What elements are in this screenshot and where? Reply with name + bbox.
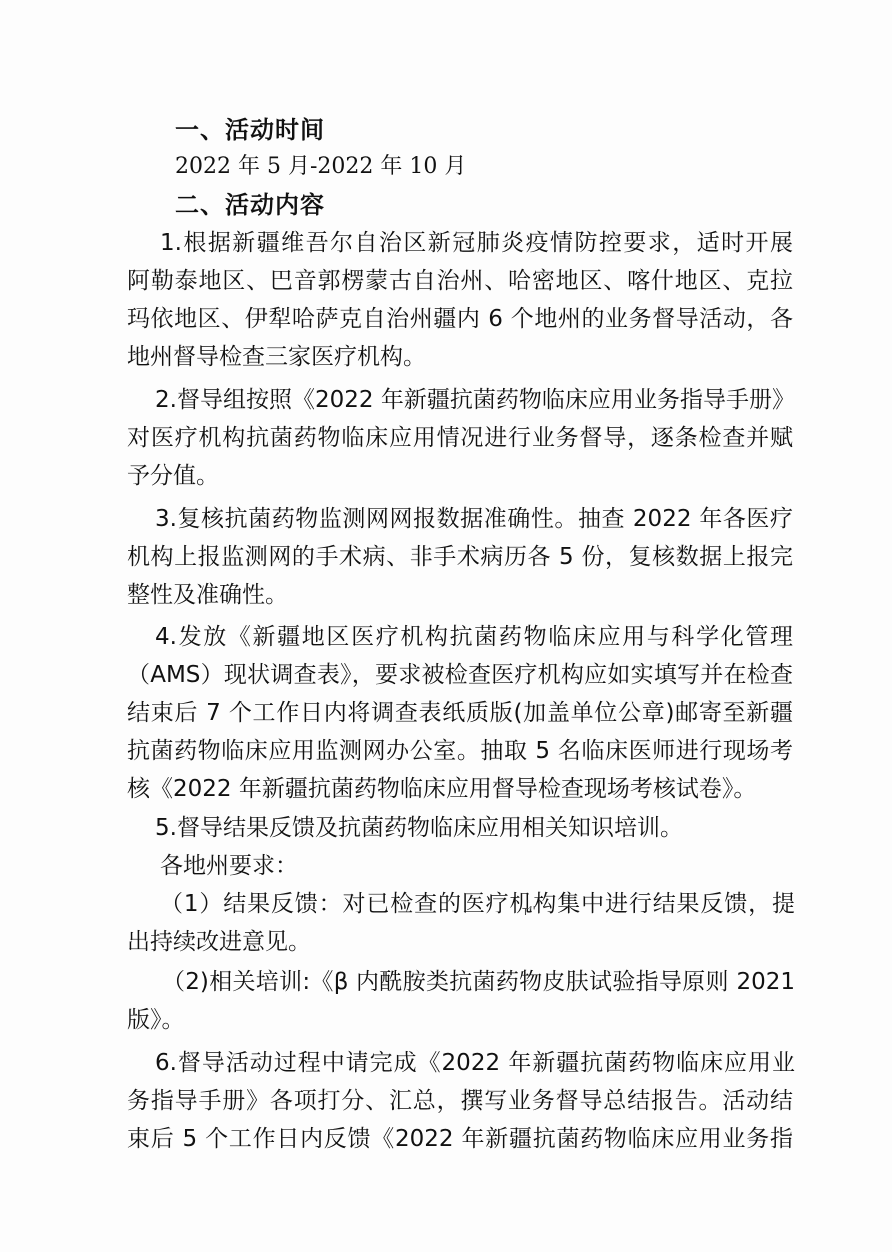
paragraph-line: 出持续改进意见。 <box>127 927 311 957</box>
section-heading-activity-time: 一、活动时间 <box>175 115 325 145</box>
activity-date-range: 2022 年 5 月-2022 年 10 月 <box>175 152 466 182</box>
paragraph-line: 6.督导活动过程中请完成《2022 年新疆抗菌药物临床应用业 <box>155 1048 795 1078</box>
paragraph-line: 阿勒泰地区、巴音郭楞蒙古自治州、哈密地区、喀什地区、克拉 <box>127 266 793 296</box>
paragraph-line: 1.根据新疆维吾尔自治区新冠肺炎疫情防控要求，适时开展 <box>160 228 793 258</box>
paragraph-line: 抗菌药物临床应用监测网办公室。抽取 5 名临床医师进行现场考 <box>127 736 793 766</box>
paragraph-line: 地州督导检查三家医疗机构。 <box>127 342 426 372</box>
scan-artifact-mark: ᴛᶠ' <box>522 904 536 918</box>
requirements-label: 各地州要求： <box>160 851 298 881</box>
paragraph-line: 核《2022 年新疆抗菌药物临床应用督导检查现场考核试卷》。 <box>127 774 756 804</box>
paragraph-line: 结束后 7 个工作日内将调查表纸质版(加盖单位公章)邮寄至新疆 <box>127 698 793 728</box>
paragraph-line: 务指导手册》各项打分、汇总，撰写业务督导总结报告。活动结 <box>127 1086 793 1116</box>
paragraph-line: 2.督导组按照《2022 年新疆抗菌药物临床应用业务指导手册》 <box>155 385 795 415</box>
paragraph-line: 束后 5 个工作日内反馈《2022 年新疆抗菌药物临床应用业务指 <box>127 1124 793 1154</box>
paragraph-line: 机构上报监测网的手术病、非手术病历各 5 份，复核数据上报完 <box>127 542 793 572</box>
paragraph-line: 版》。 <box>127 1005 185 1035</box>
paragraph-line: 4.发放《新疆地区医疗机构抗菌药物临床应用与科学化管理 <box>155 622 793 652</box>
paragraph-line: 5.督导结果反馈及抗菌药物临床应用相关知识培训。 <box>155 813 683 843</box>
paragraph-line: （2)相关培训:《β 内酰胺类抗菌药物皮肤试验指导原则 2021 <box>162 967 795 997</box>
paragraph-line: 予分值。 <box>127 461 219 491</box>
paragraph-line: （AMS）现状调查表》，要求被检查医疗机构应如实填写并在检查 <box>127 660 793 690</box>
paragraph-line: （1）结果反馈：对已检查的医疗机构集中进行结果反馈，提 <box>160 889 795 919</box>
section-heading-activity-content: 二、活动内容 <box>175 190 325 220</box>
paragraph-line: 对医疗机构抗菌药物临床应用情况进行业务督导，逐条检查并赋 <box>127 423 793 453</box>
paragraph-line: 玛依地区、伊犁哈萨克自治州疆内 6 个地州的业务督导活动，各 <box>127 304 793 334</box>
paragraph-line: 3.复核抗菌药物监测网网报数据准确性。抽查 2022 年各医疗 <box>155 504 793 534</box>
document-page: 一、活动时间 2022 年 5 月-2022 年 10 月 二、活动内容 1.根… <box>0 0 892 1252</box>
paragraph-line: 整性及准确性。 <box>127 580 288 610</box>
